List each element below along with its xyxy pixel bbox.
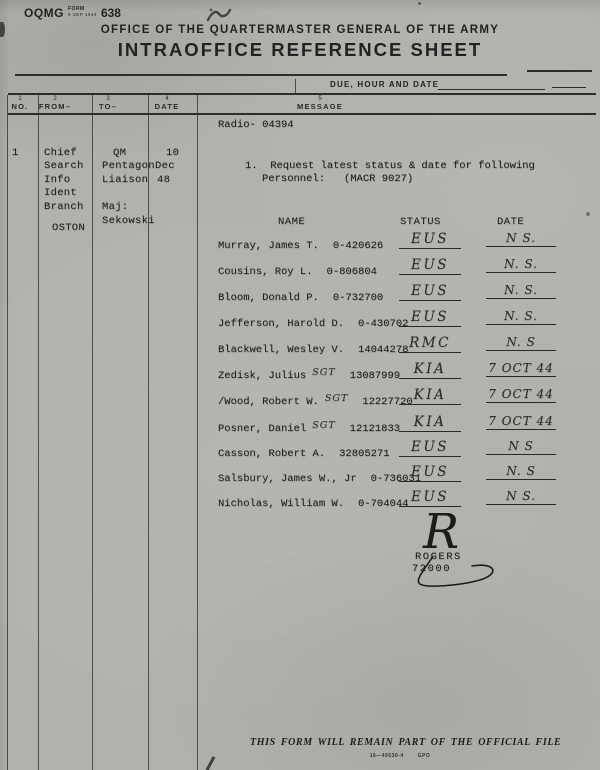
column-head-from: 2 FROM– — [35, 96, 75, 111]
entry-number-cell: 1 — [12, 147, 19, 160]
office-line: OFFICE OF THE QUARTERMASTER GENERAL OF T… — [0, 24, 600, 36]
speck — [418, 2, 421, 5]
table-header-date: DATE — [497, 216, 524, 228]
personnel-serial: 32805271 — [339, 448, 389, 460]
rule-below-column-heads — [8, 113, 596, 115]
footer-print-code: 16—49530-4 — [370, 753, 404, 759]
personnel-name: Salsbury, James W., Jr — [218, 473, 357, 485]
personnel-name: Jefferson, Harold D. — [218, 318, 344, 330]
personnel-status-date: 7 OCT 44 — [486, 387, 556, 403]
personnel-status-date: N. S. — [486, 309, 556, 325]
personnel-row: Zedisk, JuliusSGT13087999 KIA 7 OCT 44 — [218, 367, 590, 389]
personnel-name: /Wood, Robert W. — [218, 396, 319, 408]
date-line: 48 — [155, 174, 179, 187]
personnel-name: Cousins, Roy L. — [218, 266, 313, 278]
personnel-row: Jefferson, Harold D.0-430702 EUS N. S. — [218, 315, 590, 337]
date-line: Dec — [155, 160, 179, 173]
entry-number: 1 — [12, 147, 19, 160]
to-officer-rank: Maj: — [102, 201, 155, 214]
personnel-status: EUS — [399, 464, 461, 482]
form-number: 638 — [101, 6, 121, 20]
personnel-serial: 0-806804 — [327, 266, 377, 278]
form-agency: OQMG — [24, 6, 64, 20]
to-cell: QM Pentagon Liaison Maj: Sekowski — [102, 147, 155, 228]
personnel-row: Cousins, Roy L.0-806804 EUS N. S. — [218, 263, 590, 285]
signature-number: 72000 — [412, 563, 451, 575]
from-cell: Chief Search Info Ident Branch OSTON — [44, 147, 85, 235]
pen-mark-bottom — [206, 756, 216, 770]
signature-name: ROGERS — [415, 551, 462, 563]
personnel-status: KIA — [399, 414, 461, 432]
speck — [586, 212, 590, 216]
due-label: DUE, HOUR AND DATE — [330, 80, 439, 89]
due-blank-line — [438, 89, 545, 90]
column-rule-from-to — [92, 95, 93, 770]
date-cell: 10 Dec 48 — [155, 147, 179, 187]
from-line: Branch — [44, 201, 85, 214]
personnel-status-date: N S. — [486, 231, 556, 247]
from-line: Chief — [44, 147, 85, 160]
due-blank-line-2 — [552, 87, 586, 88]
edge-smudge — [0, 22, 5, 37]
column-label: NO. — [4, 102, 36, 111]
personnel-status: EUS — [399, 439, 461, 457]
date-line: 10 — [155, 147, 179, 160]
personnel-status-date: 7 OCT 44 — [486, 414, 556, 430]
from-line: Ident — [44, 187, 85, 200]
intraoffice-reference-sheet: OQMG FORM 6 SEP 1944 638 OFFICE OF THE Q… — [0, 0, 600, 770]
form-edition-block: FORM 6 SEP 1944 — [68, 7, 97, 17]
personnel-name: Blackwell, Wesley V. — [218, 344, 344, 356]
personnel-name: Posner, Daniel — [218, 423, 306, 435]
personnel-row: Murray, James T.0-420626 EUS N S. — [218, 237, 590, 259]
personnel-name: Murray, James T. — [218, 240, 319, 252]
personnel-status: EUS — [399, 231, 461, 249]
to-officer-name: Sekowski — [102, 215, 155, 228]
personnel-row: /Wood, Robert W.SGT12227720 KIA 7 OCT 44 — [218, 393, 590, 415]
from-line: Search — [44, 160, 85, 173]
personnel-status-date: N S. — [486, 489, 556, 505]
personnel-status: EUS — [399, 257, 461, 275]
column-label: DATE — [147, 102, 187, 111]
form-edition-date: 6 SEP 1944 — [68, 12, 97, 17]
column-head-no: 1 NO. — [4, 96, 36, 111]
column-label: MESSAGE — [200, 102, 440, 111]
personnel-status: KIA — [399, 387, 461, 405]
personnel-status: KIA — [399, 361, 461, 379]
personnel-status: EUS — [399, 309, 461, 327]
personnel-serial: 12121833 — [350, 423, 400, 435]
personnel-status: RMC — [399, 335, 461, 353]
rule-below-due — [8, 93, 596, 95]
page-title: INTRAOFFICE REFERENCE SHEET — [0, 39, 600, 61]
personnel-grade: SGT — [312, 367, 335, 378]
to-line: Liaison — [102, 174, 155, 187]
personnel-row: Bloom, Donald P.0-732700 EUS N. S. — [218, 289, 590, 311]
personnel-name: Nicholas, William W. — [218, 498, 344, 510]
form-id-block: OQMG FORM 6 SEP 1944 638 — [24, 6, 121, 20]
table-header-name: NAME — [278, 216, 305, 228]
rule-top-right — [527, 70, 592, 72]
personnel-row: Nicholas, William W.0-704044 EUS N S. — [218, 495, 590, 517]
from-org: OSTON — [44, 222, 85, 235]
column-label: FROM– — [35, 102, 75, 111]
personnel-status-date: N S — [486, 439, 556, 455]
column-rule-no-from — [38, 95, 39, 770]
footer-print-line: 16—49530-4GPO — [250, 753, 550, 759]
footer-gpo: GPO — [418, 753, 431, 759]
personnel-serial: 0-732700 — [333, 292, 383, 304]
personnel-serial: 13087999 — [350, 370, 400, 382]
personnel-name: Casson, Robert A. — [218, 448, 325, 460]
personnel-status-date: N. S. — [486, 283, 556, 299]
rule-top-main — [15, 74, 507, 76]
personnel-status-date: N. S — [486, 464, 556, 480]
from-line: Info — [44, 174, 85, 187]
column-head-message: 5 MESSAGE — [200, 96, 440, 111]
column-label: TO– — [88, 102, 128, 111]
personnel-row: Blackwell, Wesley V.14044278 RMC N. S — [218, 341, 590, 363]
to-line: Pentagon — [102, 160, 155, 173]
due-cell-divider — [295, 79, 296, 93]
personnel-grade: SGT — [312, 420, 335, 431]
column-head-date: 4 DATE — [147, 96, 187, 111]
table-header-status: STATUS — [400, 216, 441, 228]
personnel-name: Bloom, Donald P. — [218, 292, 319, 304]
column-rule-left-edge — [7, 95, 8, 770]
personnel-status-date: 7 OCT 44 — [486, 361, 556, 377]
radio-reference: Radio- 04394 — [218, 119, 294, 131]
request-line-1: 1. Request latest status & date for foll… — [245, 160, 535, 172]
column-rule-date-message — [197, 95, 198, 770]
signature-initial: R — [423, 508, 459, 556]
to-line: QM — [102, 147, 155, 160]
ink-smudge — [205, 5, 239, 25]
personnel-serial: 0-420626 — [333, 240, 383, 252]
personnel-grade: SGT — [325, 393, 348, 404]
personnel-status: EUS — [399, 283, 461, 301]
personnel-status-date: N. S — [486, 335, 556, 351]
personnel-status-date: N. S. — [486, 257, 556, 273]
column-head-to: 3 TO– — [88, 96, 128, 111]
request-line-2: Personnel: (MACR 9027) — [262, 173, 413, 185]
footer-note: THIS FORM WILL REMAIN PART OF THE OFFICI… — [250, 737, 550, 748]
personnel-name: Zedisk, Julius — [218, 370, 306, 382]
